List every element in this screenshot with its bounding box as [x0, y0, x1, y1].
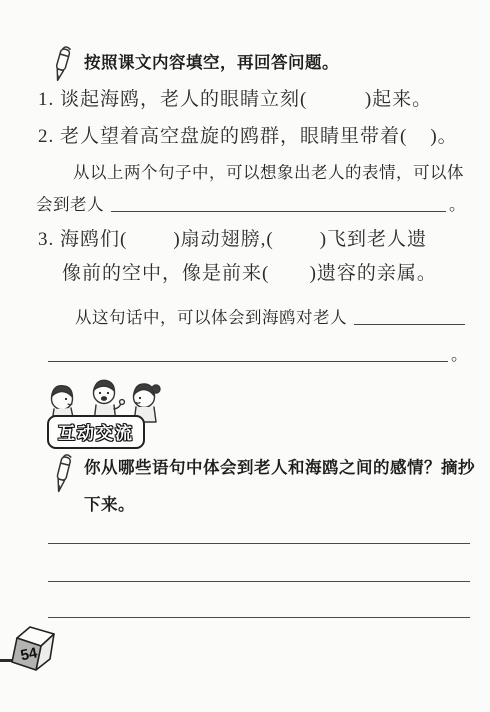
answer-line — [48, 581, 470, 582]
question-3-line-1: 3. 海鸥们( )扇动翅膀,( )飞到老人遗 — [38, 229, 427, 252]
reflection-1-prefix: 会到老人 — [36, 196, 104, 216]
answer-blank-line — [48, 346, 448, 362]
page-number-cube: 54 — [8, 623, 68, 679]
interaction-badge: 互动交流 — [47, 415, 145, 449]
question-2: 2. 老人望着高空盘旋的鸥群，眼睛里带着( )。 — [38, 126, 458, 149]
reflection-2-prefix: 从这句话中，可以体会到海鸥对老人 — [75, 309, 347, 329]
interaction-prompt-line-2: 下来。 — [84, 496, 135, 516]
period-mark: 。 — [451, 346, 468, 366]
answer-blank-line — [111, 196, 446, 212]
reflection-2-line-1: 从这句话中，可以体会到海鸥对老人 — [75, 309, 468, 329]
answer-line — [48, 617, 470, 618]
reflection-1-line-2: 会到老人 。 — [36, 196, 466, 216]
answer-blank-line — [354, 309, 465, 325]
period-mark: 。 — [449, 196, 466, 216]
reflection-1-line-1: 从以上两个句子中，可以想象出老人的表情，可以体 — [73, 164, 464, 184]
answer-line — [48, 543, 470, 544]
reflection-2-line-2: 。 — [48, 346, 468, 366]
pen-icon — [46, 45, 78, 85]
workbook-page: 按照课文内容填空，再回答问题。 1. 谈起海鸥，老人的眼睛立刻( )起来。 2.… — [0, 0, 490, 712]
question-1: 1. 谈起海鸥，老人的眼睛立刻( )起来。 — [38, 89, 432, 112]
question-3-line-2: 像前的空中，像是前来( )遗容的亲属。 — [62, 263, 437, 286]
interaction-prompt-line-1: 你从哪些语句中体会到老人和海鸥之间的感情？摘抄 — [84, 459, 475, 479]
exercise-prompt: 按照课文内容填空，再回答问题。 — [84, 54, 339, 74]
pen-icon — [48, 452, 78, 496]
